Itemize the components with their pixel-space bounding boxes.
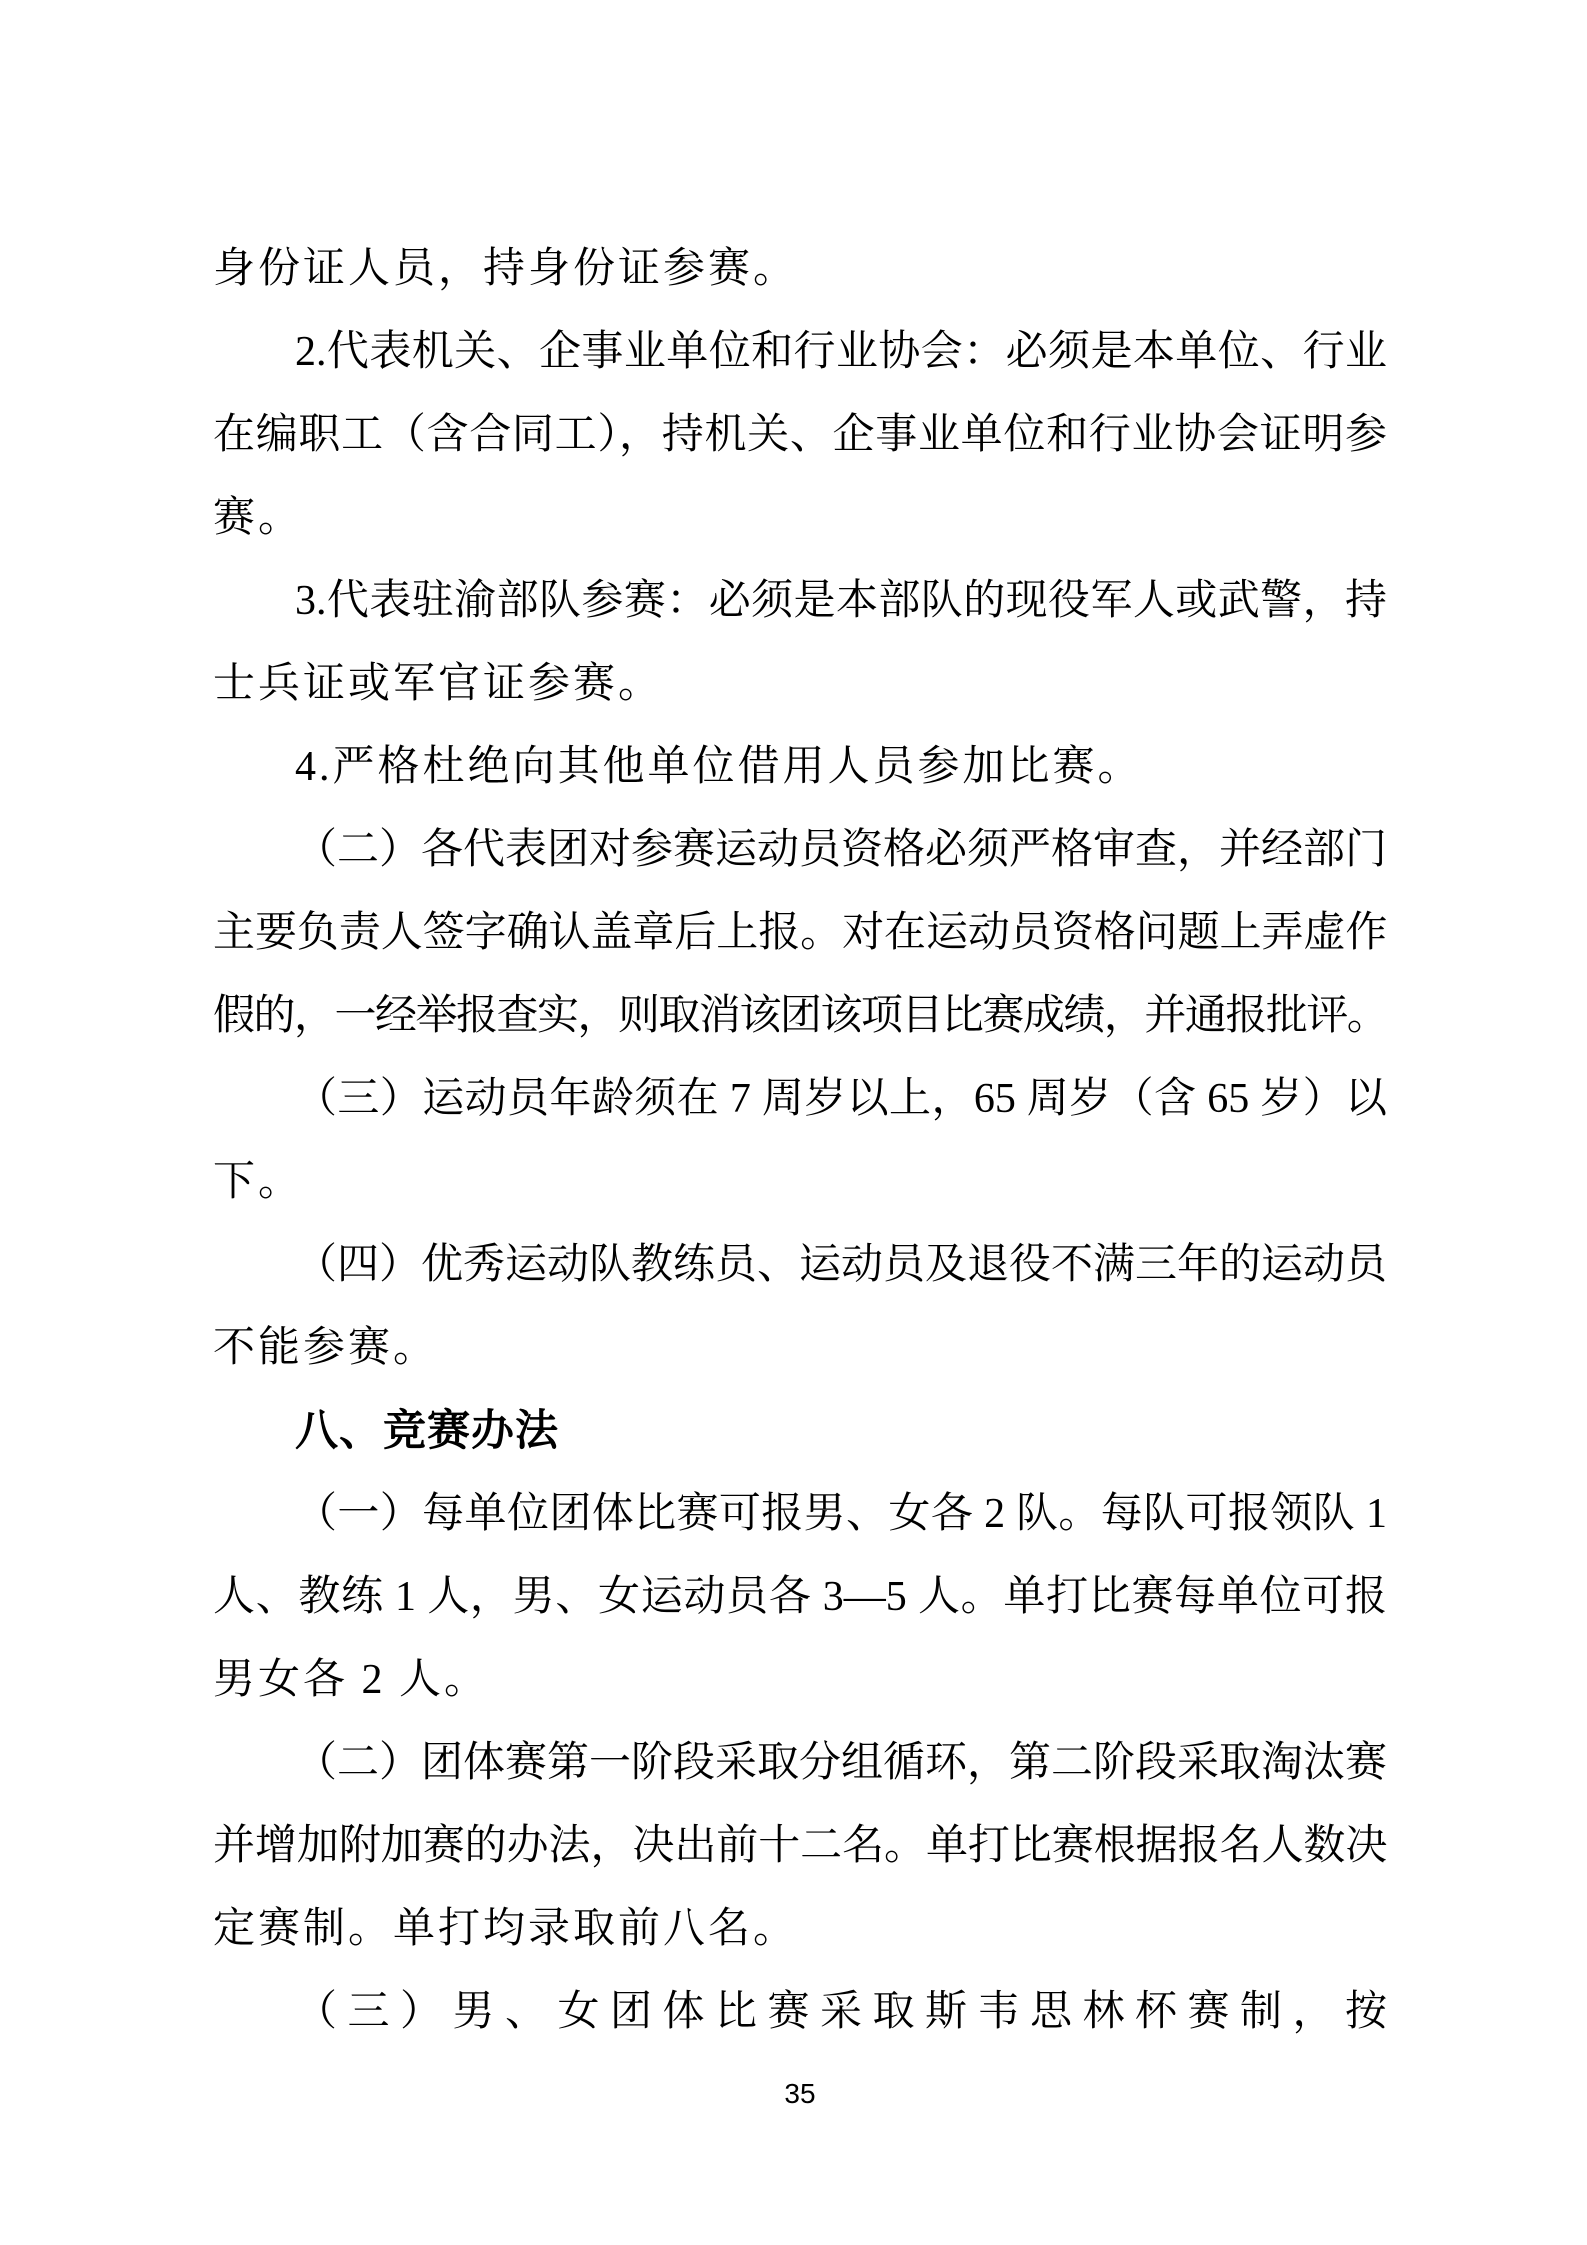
text-line: 在编职工（含合同工），持机关、企事业单位和行业协会证明参 <box>213 394 1387 477</box>
text-line: 男女各 2 人。 <box>213 1639 1387 1722</box>
text-line: （四）优秀运动队教练员、运动员及退役不满三年的运动员 <box>213 1224 1387 1307</box>
document-body: 身份证人员，持身份证参赛。2.代表机关、企事业单位和行业协会：必须是本单位、行业… <box>213 228 1387 2054</box>
text-line: 士兵证或军官证参赛。 <box>213 643 1387 726</box>
text-line: 下。 <box>213 1141 1387 1224</box>
document-page: 身份证人员，持身份证参赛。2.代表机关、企事业单位和行业协会：必须是本单位、行业… <box>0 0 1587 2245</box>
text-line: 身份证人员，持身份证参赛。 <box>213 228 1387 311</box>
text-line: （二）团体赛第一阶段采取分组循环，第二阶段采取淘汰赛 <box>213 1722 1387 1805</box>
text-line: （三）运动员年龄须在 7 周岁以上，65 周岁（含 65 岁）以 <box>213 1058 1387 1141</box>
text-line: 3.代表驻渝部队参赛：必须是本部队的现役军人或武警，持 <box>213 560 1387 643</box>
text-line: （二）各代表团对参赛运动员资格必须严格审查，并经部门 <box>213 809 1387 892</box>
text-line: （三）男、女团体比赛采取斯韦思林杯赛制，按 <box>213 1971 1387 2054</box>
text-line: 定赛制。单打均录取前八名。 <box>213 1888 1387 1971</box>
text-line: 主要负责人签字确认盖章后上报。对在运动员资格问题上弄虚作 <box>213 892 1387 975</box>
section-heading: 八、竞赛办法 <box>213 1390 1387 1473</box>
text-line: 2.代表机关、企事业单位和行业协会：必须是本单位、行业 <box>213 311 1387 394</box>
text-line: 4.严格杜绝向其他单位借用人员参加比赛。 <box>213 726 1387 809</box>
page-number: 35 <box>213 2078 1387 2110</box>
text-line: 并增加附加赛的办法，决出前十二名。单打比赛根据报名人数决 <box>213 1805 1387 1888</box>
text-line: 不能参赛。 <box>213 1307 1387 1390</box>
text-line: 人、教练 1 人，男、女运动员各 3—5 人。单打比赛每单位可报 <box>213 1556 1387 1639</box>
text-line: 假的，一经举报查实，则取消该团该项目比赛成绩，并通报批评。 <box>213 975 1387 1058</box>
text-line: 赛。 <box>213 477 1387 560</box>
text-line: （一）每单位团体比赛可报男、女各 2 队。每队可报领队 1 <box>213 1473 1387 1556</box>
